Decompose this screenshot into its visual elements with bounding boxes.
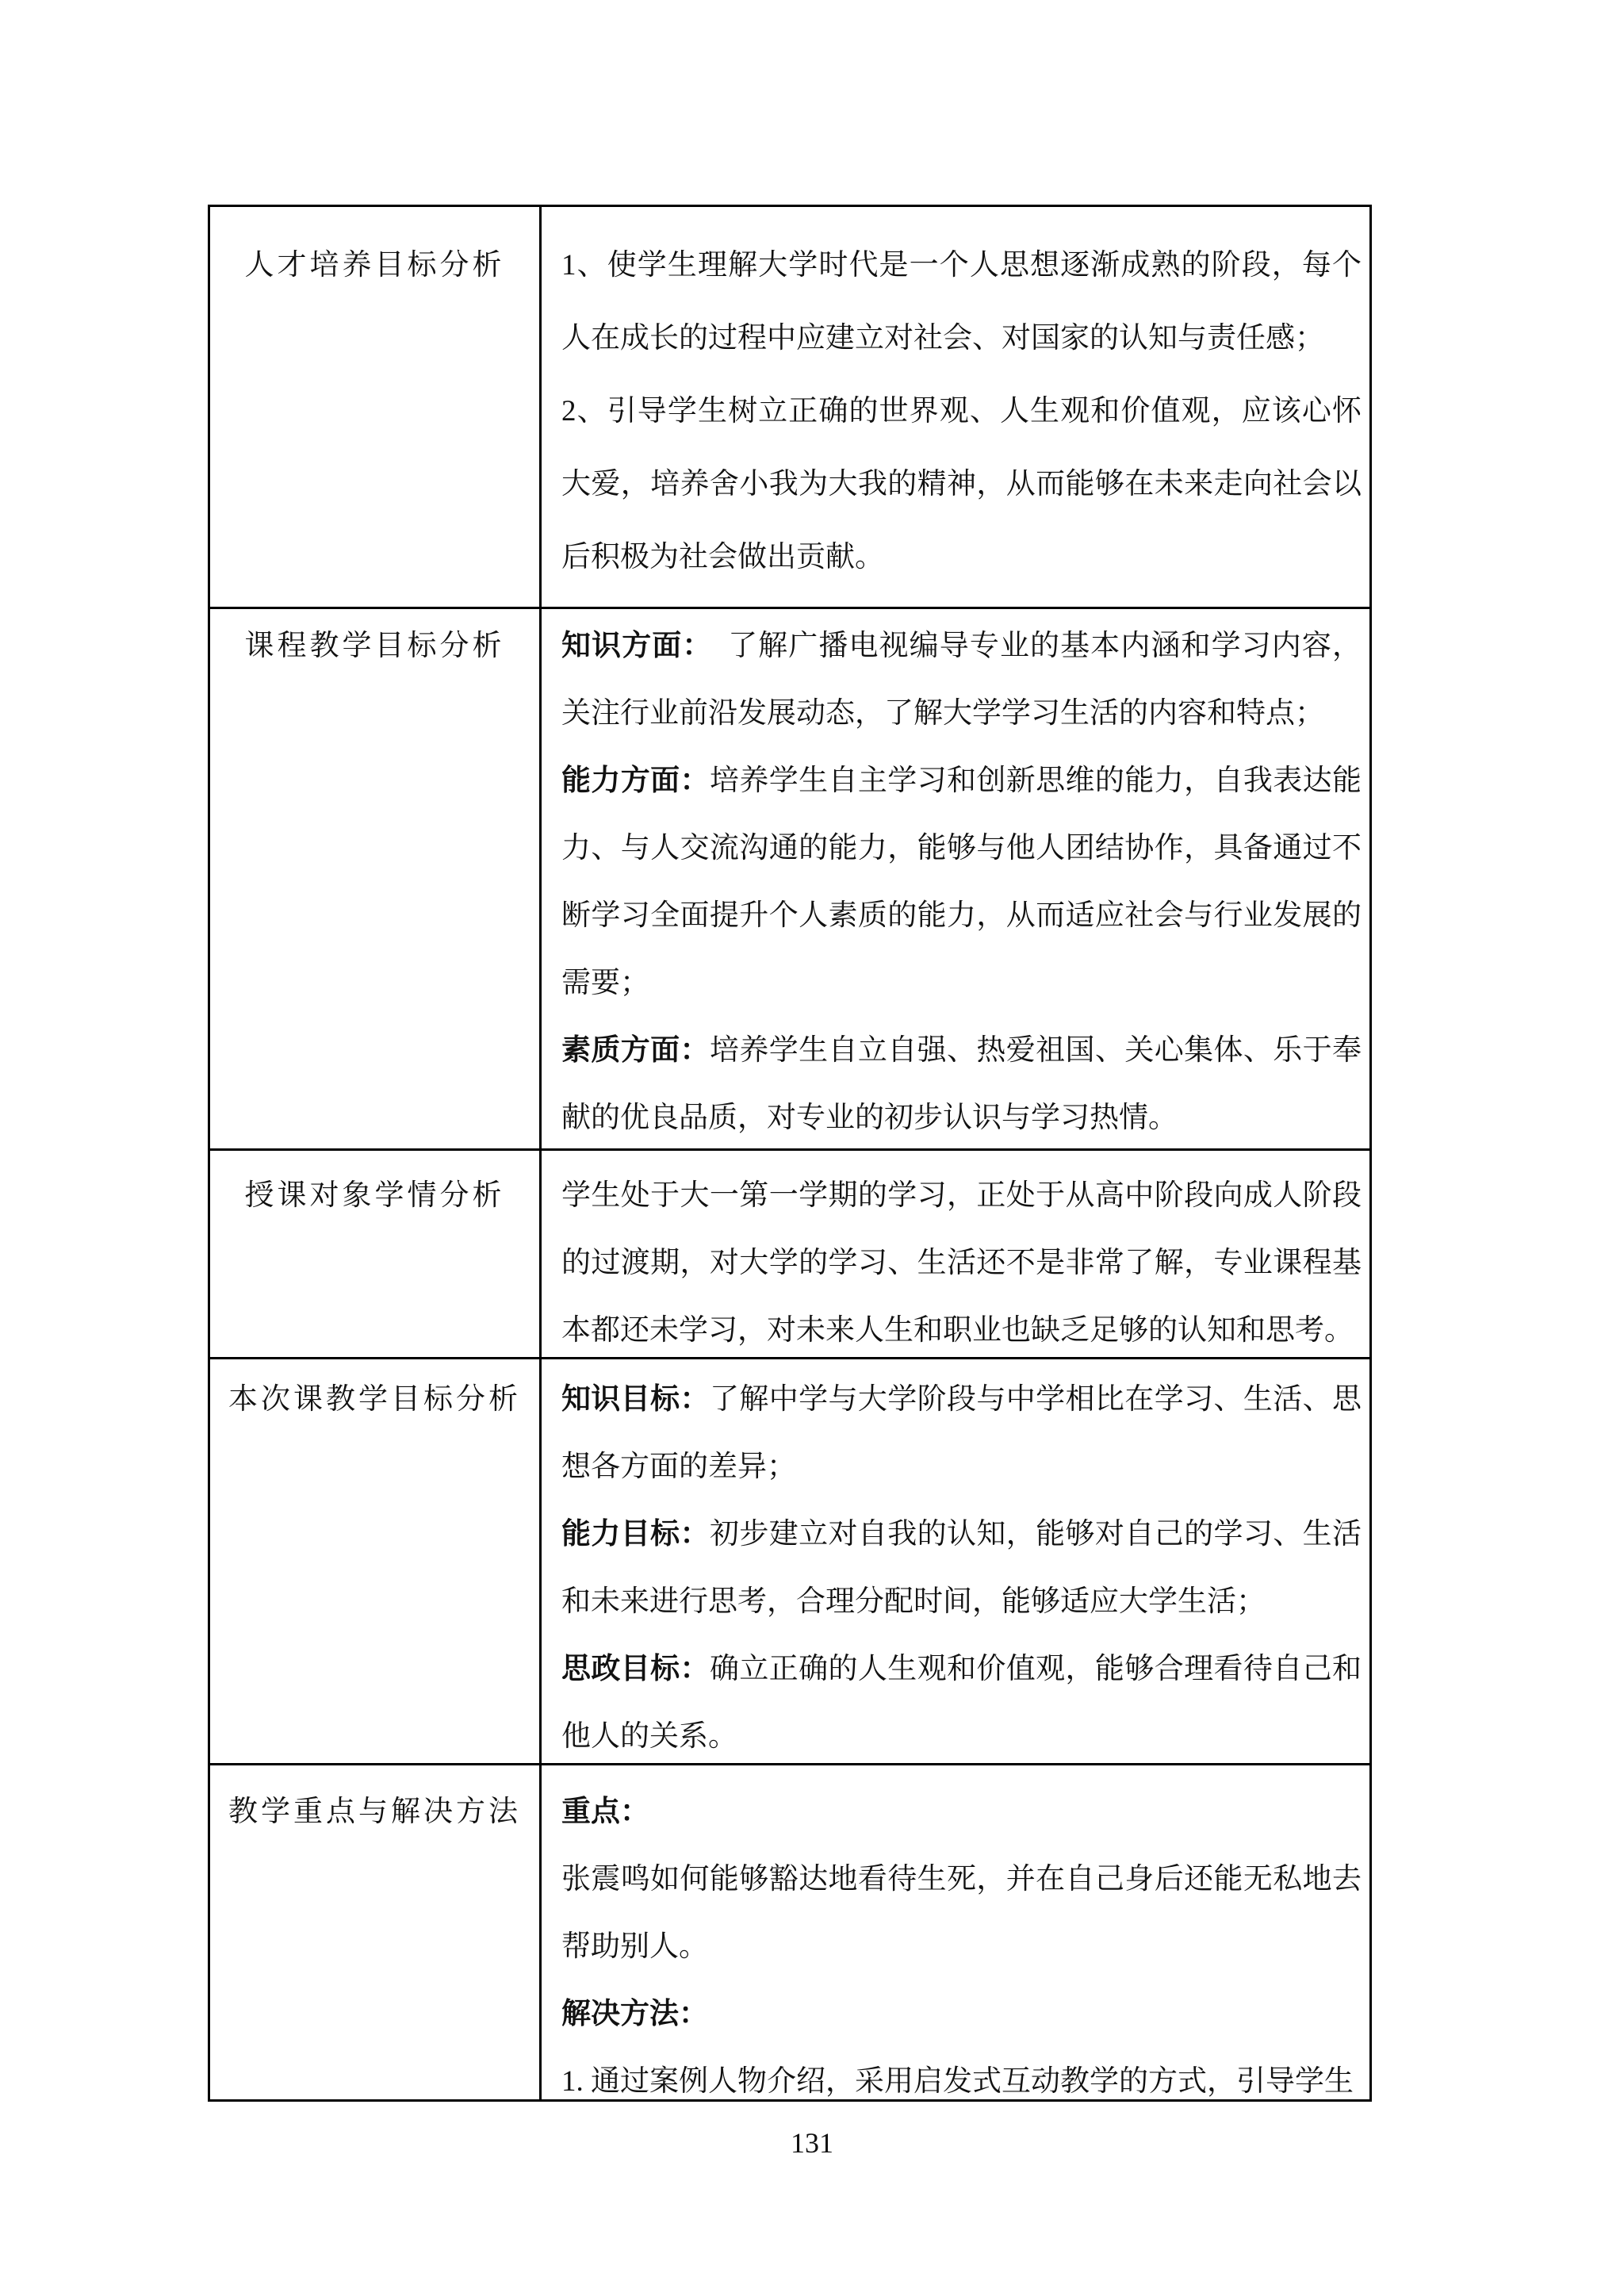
label-student-learning-situation-analysis: 授课对象学情分析 — [210, 1151, 542, 1357]
paragraph: 2、引导学生树立正确的世界观、人生观和价值观，应该心怀大爱，培养舍小我为大我的精… — [561, 375, 1362, 594]
paragraph: 知识目标：了解中学与大学阶段与中学相比在学习、生活、思想各方面的差异； — [561, 1366, 1362, 1501]
lesson-plan-table: 人才培养目标分析 1、使学生理解大学时代是一个人思想逐渐成熟的阶段，每个人在成长… — [208, 205, 1372, 2102]
paragraph: 1、使学生理解大学时代是一个人思想逐渐成熟的阶段，每个人在成长的过程中应建立对社… — [561, 229, 1362, 375]
label-lesson-teaching-goal-analysis: 本次课教学目标分析 — [210, 1359, 542, 1763]
paragraph: 素质方面：培养学生自立自强、热爱祖国、关心集体、乐于奉献的优良品质，对专业的初步… — [561, 1017, 1362, 1148]
table-row: 教学重点与解决方法 重点： 张震鸣如何能够豁达地看待生死，并在自己身后还能无私地… — [210, 1763, 1369, 2099]
cell-course-teaching-goal-content: 知识方面： 了解广播电视编导专业的基本内涵和学习内容，关注行业前沿发展动态，了解… — [542, 609, 1369, 1148]
paragraph: 知识方面： 了解广播电视编导专业的基本内涵和学习内容，关注行业前沿发展动态，了解… — [561, 612, 1362, 747]
label-teaching-focus-and-solutions: 教学重点与解决方法 — [210, 1765, 542, 2099]
cell-student-learning-situation-content: 学生处于大一第一学期的学习，正处于从高中阶段向成人阶段的过渡期，对大学的学习、生… — [542, 1151, 1369, 1357]
document-page: 人才培养目标分析 1、使学生理解大学时代是一个人思想逐渐成熟的阶段，每个人在成长… — [0, 0, 1624, 2296]
label-talent-training-goal-analysis: 人才培养目标分析 — [210, 207, 542, 607]
paragraph: 张震鸣如何能够豁达地看待生死，并在自己身后还能无私地去帮助别人。 — [561, 1846, 1362, 1980]
paragraph: 思政目标：确立正确的人生观和价值观，能够合理看待自己和他人的关系。 — [561, 1635, 1362, 1763]
label-course-teaching-goal-analysis: 课程教学目标分析 — [210, 609, 542, 1148]
paragraph: 重点： — [561, 1778, 1362, 1846]
cell-teaching-focus-and-solutions-content: 重点： 张震鸣如何能够豁达地看待生死，并在自己身后还能无私地去帮助别人。 解决方… — [542, 1765, 1369, 2099]
paragraph: 能力目标：初步建立对自我的认知，能够对自己的学习、生活和未来进行思考，合理分配时… — [561, 1501, 1362, 1635]
paragraph: 解决方法： — [561, 1980, 1362, 2048]
cell-talent-training-goal-content: 1、使学生理解大学时代是一个人思想逐渐成熟的阶段，每个人在成长的过程中应建立对社… — [542, 207, 1369, 607]
table-row: 授课对象学情分析 学生处于大一第一学期的学习，正处于从高中阶段向成人阶段的过渡期… — [210, 1148, 1369, 1357]
paragraph: 学生处于大一第一学期的学习，正处于从高中阶段向成人阶段的过渡期，对大学的学习、生… — [561, 1162, 1362, 1357]
table-row: 人才培养目标分析 1、使学生理解大学时代是一个人思想逐渐成熟的阶段，每个人在成长… — [210, 207, 1369, 607]
paragraph: 能力方面：培养学生自主学习和创新思维的能力，自我表达能力、与人交流沟通的能力，能… — [561, 747, 1362, 1017]
table-row: 本次课教学目标分析 知识目标：了解中学与大学阶段与中学相比在学习、生活、思想各方… — [210, 1357, 1369, 1763]
table-row: 课程教学目标分析 知识方面： 了解广播电视编导专业的基本内涵和学习内容，关注行业… — [210, 607, 1369, 1148]
page-number: 131 — [0, 2125, 1624, 2160]
paragraph: 1. 通过案例人物介绍，采用启发式互动教学的方式，引导学生 — [561, 2048, 1362, 2099]
cell-lesson-teaching-goal-content: 知识目标：了解中学与大学阶段与中学相比在学习、生活、思想各方面的差异； 能力目标… — [542, 1359, 1369, 1763]
